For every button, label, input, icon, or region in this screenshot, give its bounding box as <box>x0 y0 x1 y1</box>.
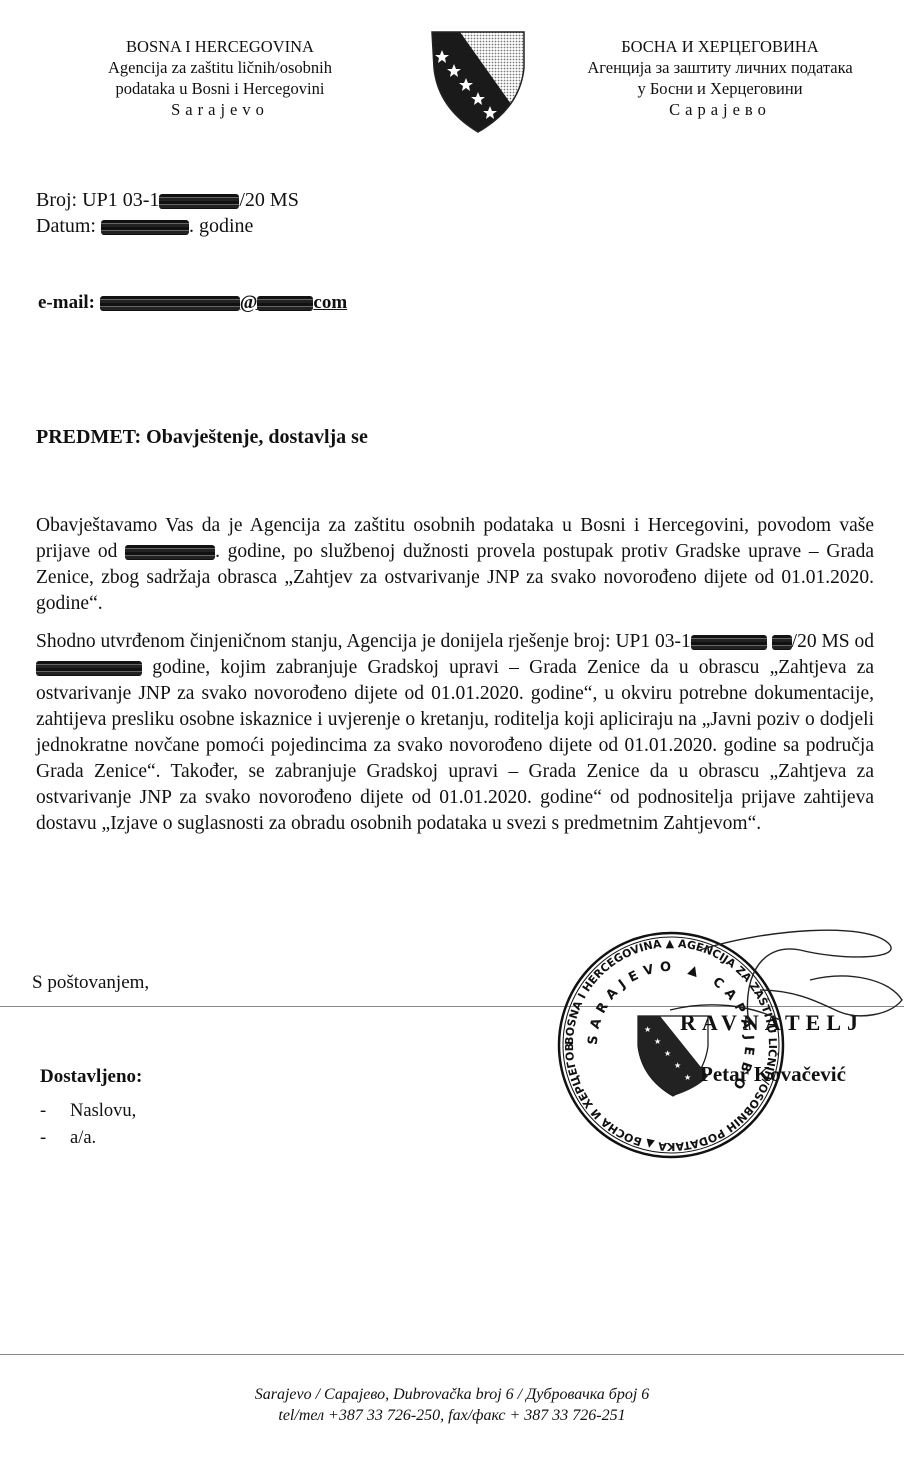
footer-address-line: Sarajevo / Сарајево, Dubrovačka broj 6 /… <box>150 1384 754 1405</box>
redacted-date <box>125 545 215 560</box>
footer-address: Sarajevo / Сарајево, Dubrovačka broj 6 /… <box>150 1384 754 1426</box>
redacted-date <box>101 220 189 235</box>
redacted-date <box>36 661 142 676</box>
footer-divider <box>0 1354 904 1355</box>
reference-block: Broj: UP1 03-1/20 MS Datum: . godine <box>36 187 299 239</box>
svg-text:★: ★ <box>674 1061 681 1070</box>
country-name-cyrillic: БОСНА И ХЕРЦЕГОВИНА <box>540 36 900 57</box>
delivered-heading: Dostavljeno: <box>40 1066 142 1088</box>
agency-name-cyrillic-line2: у Босни и Херцеговини <box>540 78 900 99</box>
footer-contact-line: tel/тел +387 33 726-250, fax/факс + 387 … <box>150 1405 754 1426</box>
redacted-email-domain <box>257 296 313 311</box>
closing-salutation: S poštovanjem, <box>32 972 149 994</box>
handwritten-signature-icon <box>640 920 904 1060</box>
city-name-cyrillic: Сарајево <box>540 99 900 120</box>
svg-text:★: ★ <box>684 1073 691 1082</box>
reference-number: Broj: UP1 03-1/20 MS <box>36 187 299 213</box>
letterhead-cyrillic: БОСНА И ХЕРЦЕГОВИНА Агенција за заштиту … <box>540 36 900 120</box>
coat-of-arms-icon <box>428 28 528 136</box>
body-paragraph-1: Obavještavamo Vas da je Agencija za zašt… <box>36 513 874 617</box>
body-paragraph-2: Shodno utvrđenom činjeničnom stanju, Age… <box>36 629 874 837</box>
email-address: @com <box>100 292 347 313</box>
recipient-email: e-mail: @com <box>38 292 347 314</box>
subject-line: PREDMET: Obavještenje, dostavlja se <box>36 426 368 449</box>
letterhead-latin: BOSNA I HERCEGOVINA Agencija za zaštitu … <box>40 36 400 120</box>
delivered-list: Naslovu, a/a. <box>40 1098 136 1152</box>
redacted-number-cont <box>772 635 792 650</box>
signer-name: Petar Kovačević <box>700 1062 846 1087</box>
delivered-item: Naslovu, <box>40 1098 136 1125</box>
agency-name-line1: Agencija za zaštitu ličnih/osobnih <box>40 57 400 78</box>
redacted-number <box>691 635 767 650</box>
agency-name-cyrillic-line1: Агенција за заштиту личних података <box>540 57 900 78</box>
delivered-item: a/a. <box>40 1125 136 1152</box>
agency-name-line2: podataka u Bosni i Hercegovini <box>40 78 400 99</box>
document-date: Datum: . godine <box>36 213 299 239</box>
country-name: BOSNA I HERCEGOVINA <box>40 36 400 57</box>
redacted-email-user <box>100 296 240 311</box>
city-name: Sarajevo <box>40 99 400 120</box>
redacted-number <box>159 194 239 209</box>
